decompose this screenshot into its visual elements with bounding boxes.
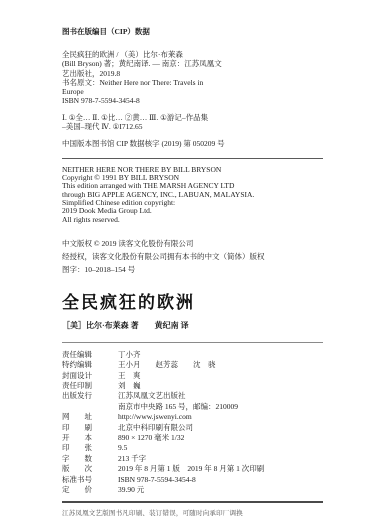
colophon-row: 责任印制刘 巍 xyxy=(62,381,323,391)
colophon-value: 王 爽 xyxy=(118,371,323,381)
colophon-label xyxy=(62,402,93,412)
chinese-rights-line: 经授权，读客文化股份有限公司拥有本书的中文（简体）版权 xyxy=(62,250,323,263)
colophon-label: 开 本 xyxy=(62,433,93,443)
colophon-value: 北京中科印刷有限公司 xyxy=(118,423,323,433)
colophon-row: 封面设计王 爽 xyxy=(62,371,323,381)
cip-classification: Ⅰ. ①全… Ⅱ. ①比… ②黄… Ⅲ. ①游记–作品集 –美国–现代 Ⅳ. ①… xyxy=(62,113,323,132)
chinese-rights-line: 图字：10–2018–154 号 xyxy=(62,263,323,276)
colophon-value: 丁小齐 xyxy=(118,350,323,360)
colophon-label: 印 张 xyxy=(62,443,93,453)
colophon-row: 版 次2019 年 8 月第 1 版 2019 年 8 月第 1 次印刷 xyxy=(62,464,323,474)
translator-credit: 黄纪南 译 xyxy=(155,321,189,330)
divider xyxy=(62,158,323,159)
misprint-exchange-note: 江苏凤凰文艺版图书凡印刷、装订错误，可随时向承印厂调换 xyxy=(62,508,323,517)
divider xyxy=(62,501,323,503)
colophon-value: 王小月 赵芳蕊 沈 骁 xyxy=(118,360,323,370)
colophon-value: 刘 巍 xyxy=(118,381,323,391)
colophon-value: 39.90 元 xyxy=(118,485,323,495)
colophon-row: 印 张9.5 xyxy=(62,443,323,453)
byline: ［美］比尔·布莱森 著黄纪南 译 xyxy=(62,320,323,331)
cip-line: ISBN 978-7-5594-3454-8 xyxy=(62,96,323,105)
copyright-page: 图书在版编目（CIP）数据 全民疯狂的欧洲 / （美）比尔·布莱森 (Bill … xyxy=(0,0,375,531)
colophon-value: 213 千字 xyxy=(118,454,323,464)
colophon-row: 印 刷北京中科印刷有限公司 xyxy=(62,423,323,433)
colophon-label: 责任编辑 xyxy=(62,350,93,360)
colophon-row: 网 址http://www.jswenyi.com xyxy=(62,412,323,422)
divider xyxy=(62,342,323,343)
author-credit: ［美］比尔·布莱森 著 xyxy=(62,321,139,330)
colophon-row: 字 数213 千字 xyxy=(62,454,323,464)
colophon-value: 890 × 1270 毫米 1/32 xyxy=(118,433,323,443)
cip-record: 全民疯狂的欧洲 / （美）比尔·布莱森 (Bill Bryson) 著；黄纪南译… xyxy=(62,50,323,106)
colophon-row: 定 价39.90 元 xyxy=(62,485,323,495)
colophon-label: 标准书号 xyxy=(62,475,93,485)
colophon-value: http://www.jswenyi.com xyxy=(118,412,323,422)
colophon-table: 责任编辑丁小齐 特约编辑王小月 赵芳蕊 沈 骁 封面设计王 爽 责任印制刘 巍 … xyxy=(62,350,323,495)
cip-line: 书名原文：Neither Here nor There: Travels in xyxy=(62,78,323,87)
colophon-row: 标准书号ISBN 978-7-5594-3454-8 xyxy=(62,475,323,485)
chinese-rights-block: 中文版权 © 2019 读客文化股份有限公司 经授权，读客文化股份有限公司拥有本… xyxy=(62,237,323,276)
cip-line: (Bill Bryson) 著；黄纪南译. — 南京：江苏凤凰文 xyxy=(62,59,323,68)
classification-line: Ⅰ. ①全… Ⅱ. ①比… ②黄… Ⅲ. ①游记–作品集 xyxy=(62,113,323,123)
colophon-label: 封面设计 xyxy=(62,371,93,381)
cip-line: 艺出版社，2019.8 xyxy=(62,69,323,78)
colophon-label: 版 次 xyxy=(62,464,93,474)
chinese-rights-line: 中文版权 © 2019 读客文化股份有限公司 xyxy=(62,237,323,250)
colophon-value: 江苏凤凰文艺出版社 xyxy=(118,391,323,401)
colophon-row: 南京市中央路 165 号，邮编：210009 xyxy=(62,402,323,412)
colophon-row: 特约编辑王小月 赵芳蕊 沈 骁 xyxy=(62,360,323,370)
cip-line: 全民疯狂的欧洲 / （美）比尔·布莱森 xyxy=(62,50,323,59)
colophon-label: 特约编辑 xyxy=(62,360,93,370)
colophon-label: 字 数 xyxy=(62,454,93,464)
cip-header: 图书在版编目（CIP）数据 xyxy=(62,26,323,37)
colophon-label: 责任印制 xyxy=(62,381,93,391)
english-copyright-block: NEITHER HERE NOR THERE BY BILL BRYSON Co… xyxy=(62,166,323,224)
colophon-value: 2019 年 8 月第 1 版 2019 年 8 月第 1 次印刷 xyxy=(118,464,323,474)
colophon-value: ISBN 978-7-5594-3454-8 xyxy=(118,475,323,485)
colophon-label: 出版发行 xyxy=(62,391,93,401)
cip-line: Europe xyxy=(62,87,323,96)
colophon-label: 印 刷 xyxy=(62,423,93,433)
classification-line: –美国–现代 Ⅳ. ①I712.65 xyxy=(62,122,323,132)
colophon-row: 开 本890 × 1270 毫米 1/32 xyxy=(62,433,323,443)
colophon-value: 南京市中央路 165 号，邮编：210009 xyxy=(118,402,323,412)
book-title: 全民疯狂的欧洲 xyxy=(62,288,323,313)
colophon-value: 9.5 xyxy=(118,443,323,453)
colophon-label: 网 址 xyxy=(62,412,93,422)
colophon-row: 出版发行江苏凤凰文艺出版社 xyxy=(62,391,323,401)
english-copyright-line: All rights reserved. xyxy=(62,216,323,224)
colophon-row: 责任编辑丁小齐 xyxy=(62,350,323,360)
colophon-label: 定 价 xyxy=(62,485,93,495)
cip-registry-number: 中国版本图书馆 CIP 数据核字 (2019) 第 050209 号 xyxy=(62,138,323,149)
